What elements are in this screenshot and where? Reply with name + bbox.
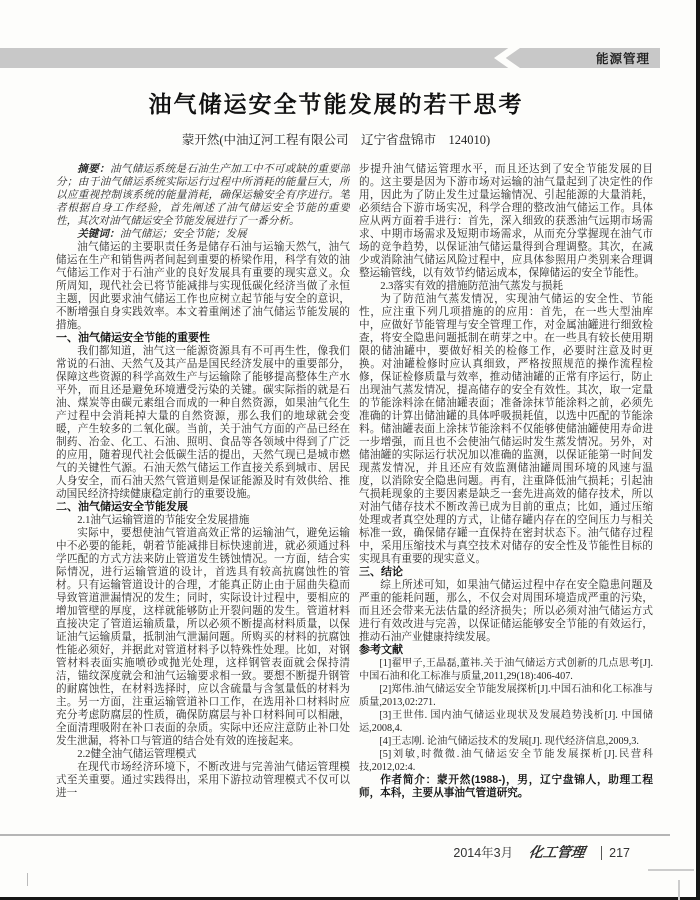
reference-item: [5]刘敏,时微微.油气储运安全节能发展探析[J].民营科技,2012,02:4… [359, 748, 653, 774]
scan-mark-left [27, 873, 28, 886]
abstract-label: 摘要： [77, 163, 110, 175]
page-number: 217 [601, 846, 630, 860]
reference-item: [2]郑伟.油气储运安全节能发展探析[J].中国石油和化工标准与质量,2013,… [359, 683, 653, 709]
subsection-heading-2-3: 2.3落实有效的措施防范油气蒸发与损耗 [359, 280, 653, 293]
conclusion-paragraph: 综上所述可知，如果油气储运过程中存在安全隐患问题及严重的能耗问题，那么，不仅会对… [359, 579, 653, 644]
abstract-paragraph: 摘要：油气储运系统是石油生产加工中不可或缺的重要部分；由于油气储运系统实际运行过… [56, 163, 350, 228]
section-heading-2: 二、油气储运安全节能发展 [56, 501, 350, 514]
journal-logo: 化工管理 [528, 842, 587, 862]
article-body: 摘要：油气储运系统是石油生产加工中不可或缺的重要部分；由于油气储运系统实际运行过… [56, 163, 653, 819]
header-bar: 能源管理 [0, 48, 660, 68]
category-label: 能源管理 [596, 49, 650, 67]
reference-item: [3]王世伟. 国内油气储运业现状及发展趋势浅析[J]. 中国储运,2008,4… [359, 709, 653, 735]
keywords-label: 关键词： [77, 228, 119, 240]
chevron-left-icon [494, 48, 520, 68]
subsection-2-2-paragraph-right: 步提升油气储运管理水平，而且还达到了安全节能发展的目的。这主要是因为下游市场对运… [359, 163, 653, 280]
intro-paragraph: 油气储运的主要职责任务是储存石油与运输天然气，油气储运在生产和销售两者间起到重要… [56, 241, 350, 332]
subsection-heading-2-2: 2.2健全油气储运管理模式 [56, 748, 350, 761]
left-column: 摘要：油气储运系统是石油生产加工中不可或缺的重要部分；由于油气储运系统实际运行过… [56, 163, 350, 819]
subsection-2-3-paragraph: 为了防范油气蒸发情况，实现油气储运的安全性、节能性，应注重下列几项措施的的应用：… [359, 293, 653, 566]
subsection-2-1-paragraph: 实际中，要想使油气管道高效正常的运输油气，避免运输中不必要的能耗，朝着节能减排目… [56, 527, 350, 748]
section-1-paragraph: 我们都知道，油气这一能源资源具有不可再生性，像我们常说的石油、天然气及其产品是国… [56, 345, 350, 501]
author-bio-label: 作者简介： [380, 774, 437, 786]
section-heading-3: 三、结论 [359, 566, 653, 579]
footer-date: 2014年3月 [453, 843, 513, 861]
author-bio: 作者简介：蒙开然(1988-)，男，辽宁盘锦人，助理工程师，本科，主要从事油气管… [359, 774, 653, 800]
footer-rule [0, 834, 670, 836]
author-line: 蒙开然(中油辽河工程有限公司 辽宁省盘锦市 124010) [0, 130, 672, 148]
article-title: 油气储运安全节能发展的若干思考 [0, 86, 672, 119]
section-heading-1: 一、油气储运安全节能的重要性 [56, 332, 350, 345]
right-column: 步提升油气储运管理水平，而且还达到了安全节能发展的目的。这主要是因为下游市场对运… [359, 163, 653, 819]
subsection-heading-2-1: 2.1油气运输管道的节能安全发展措施 [56, 514, 350, 527]
scan-edge-right [696, 0, 700, 900]
journal-page: 能源管理 油气储运安全节能发展的若干思考 蒙开然(中油辽河工程有限公司 辽宁省盘… [0, 0, 700, 900]
reference-item: [4]王志刚. 论油气储运技术的发展[J]. 现代经济信息,2009,3. [359, 735, 653, 748]
footer: 2014年3月 化工管理 217 [453, 842, 630, 862]
keywords-text: 油气储运；安全节能；发展 [120, 229, 247, 240]
scan-corner-mark-horizontal [648, 869, 694, 871]
keywords-paragraph: 关键词：油气储运；安全节能；发展 [56, 228, 350, 241]
references-heading: 参考文献 [359, 644, 653, 657]
scan-corner-mark-vertical [678, 880, 680, 900]
subsection-2-2-paragraph-left: 在现代市场经济环境下，不断改进与完善油气储运管理模式至关重要。通过实践得出，采用… [56, 761, 350, 800]
reference-item: [1]翟甲子,王晶磊,董祎.关于油气储运方式创新的几点思考[J].中国石油和化工… [359, 657, 653, 683]
